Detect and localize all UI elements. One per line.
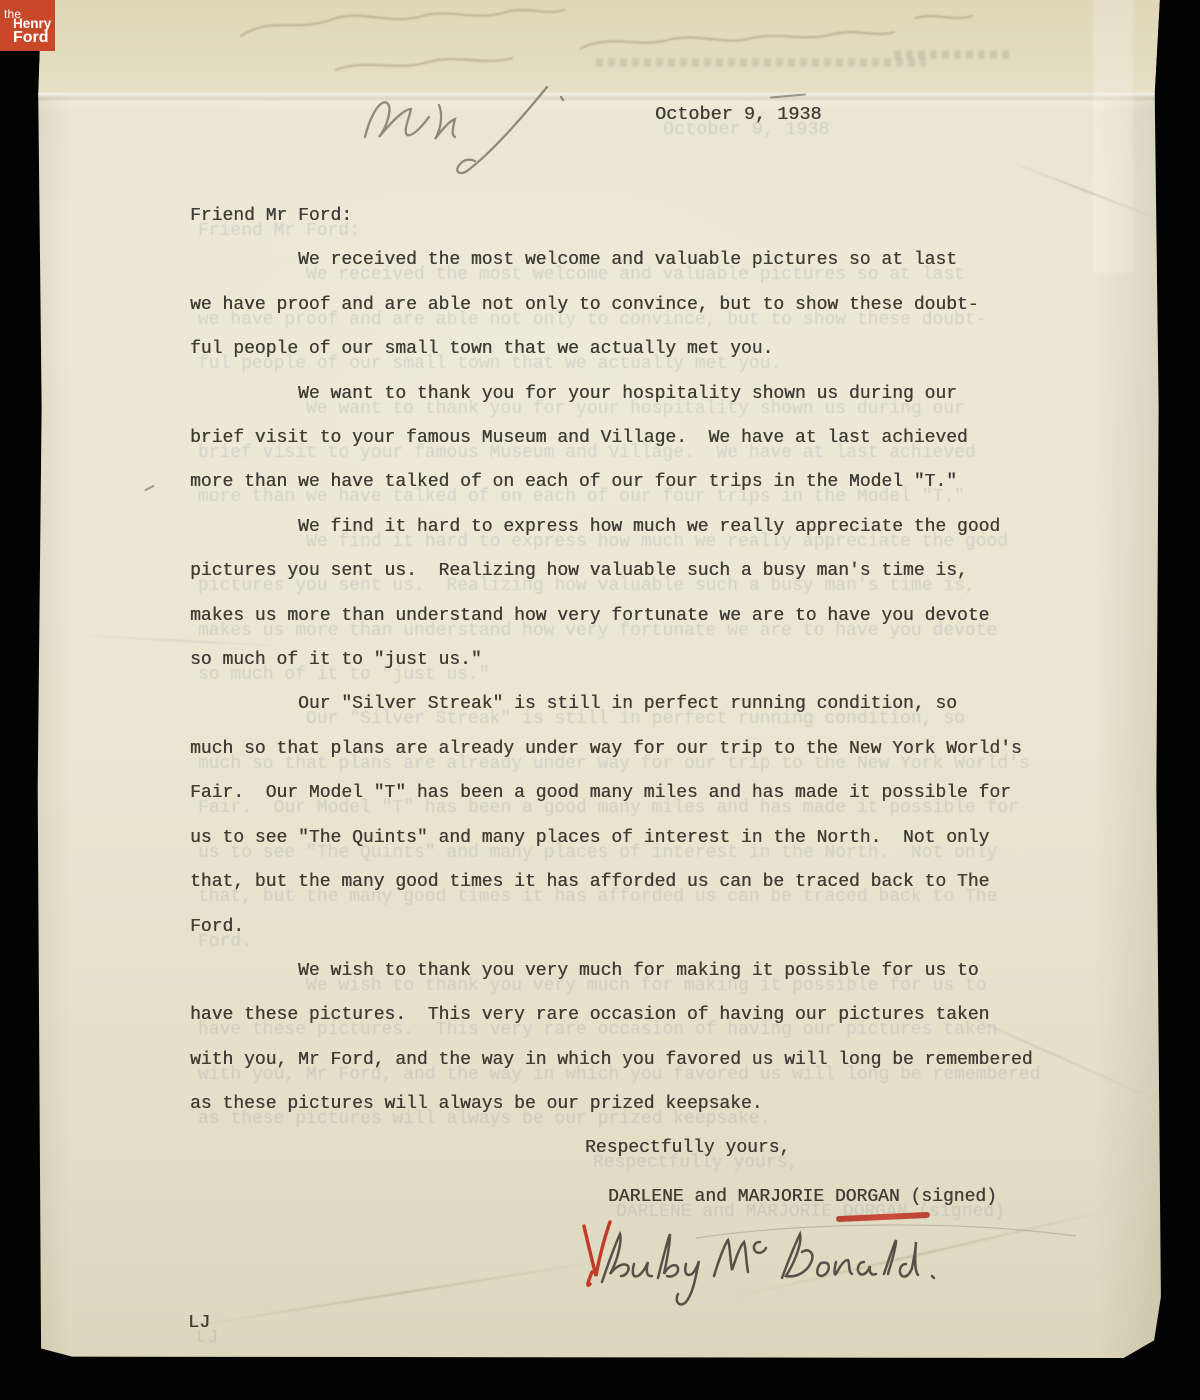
top-fold-strip — [36, 0, 1162, 95]
scanned-document-scene: October 9, 1938 Friend Mr Ford: We recei… — [0, 0, 1200, 1400]
pencil-annotation — [351, 75, 591, 185]
letter-body: Friend Mr Ford: We received the most wel… — [190, 194, 1033, 1127]
logo-text-ford: Ford — [13, 30, 49, 46]
ghost-type-row — [596, 58, 926, 67]
ghost-type-row — [894, 50, 1014, 59]
scanned-letter-paper: October 9, 1938 Friend Mr Ford: We recei… — [36, 0, 1162, 1358]
typed-signature: DARLENE and MARJORIE DORGAN (signed) — [608, 1183, 997, 1211]
fold-crease — [36, 93, 1162, 101]
margin-tick-mark — [144, 485, 155, 492]
signature-strokes — [602, 1234, 934, 1304]
faint-pencil-line — [696, 1225, 1076, 1238]
archive-logo: the Henry Ford — [0, 0, 55, 51]
typed-signature-post: (signed) — [900, 1187, 997, 1207]
letter-date: October 9, 1938 — [655, 103, 822, 127]
typed-signature-surname: DORGAN — [835, 1183, 900, 1211]
typed-signature-pre: DARLENE and MARJORIE — [608, 1187, 835, 1207]
ghost-handwriting — [36, 0, 1162, 95]
tape-mark — [1094, 0, 1132, 272]
handwritten-signature: Ruby McDonald. — [536, 1212, 1116, 1317]
closing-salutation: Respectfully yours, — [585, 1134, 790, 1162]
red-checkmark — [584, 1222, 610, 1285]
typist-initials: LJ — [188, 1310, 210, 1336]
